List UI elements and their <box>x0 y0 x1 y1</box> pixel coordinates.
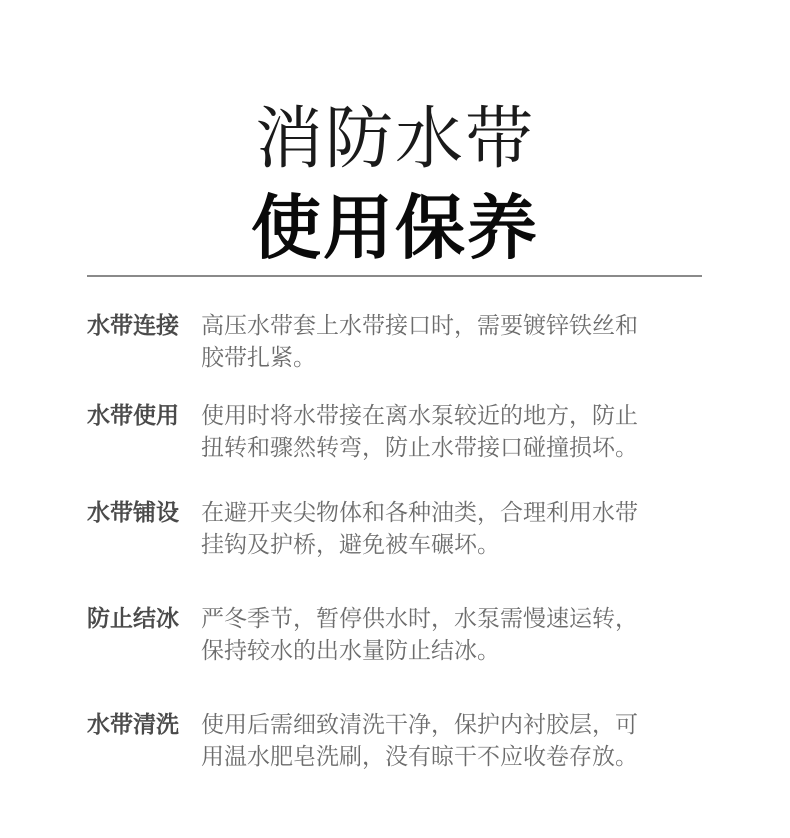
section-text-line: 高压水带套上水带接口时，需要镀锌铁丝和 <box>201 310 727 342</box>
page-subtitle: 使用保养 <box>0 188 790 268</box>
section-text: 高压水带套上水带接口时，需要镀锌铁丝和 胶带扎紧。 <box>201 310 727 374</box>
title-divider <box>87 275 702 277</box>
section-label: 防止结冰 <box>87 603 201 635</box>
section-hose-laying: 水带铺设 在避开夹尖物体和各种油类，合理利用水带 挂钩及护桥，避免被车碾坏。 <box>87 497 727 561</box>
section-text-line: 胶带扎紧。 <box>201 342 727 374</box>
section-label: 水带清洗 <box>87 709 201 741</box>
section-text-line: 严冬季节，暂停供水时，水泵需慢速运转， <box>201 603 727 635</box>
section-text-line: 用温水肥皂洗刷，没有晾干不应收卷存放。 <box>201 741 727 773</box>
section-label: 水带连接 <box>87 310 201 342</box>
section-hose-cleaning: 水带清洗 使用后需细致清洗干净，保护内衬胶层，可 用温水肥皂洗刷，没有晾干不应收… <box>87 709 727 773</box>
section-text: 在避开夹尖物体和各种油类，合理利用水带 挂钩及护桥，避免被车碾坏。 <box>201 497 727 561</box>
section-text-line: 保持较水的出水量防止结冰。 <box>201 635 727 667</box>
section-anti-freezing: 防止结冰 严冬季节，暂停供水时，水泵需慢速运转， 保持较水的出水量防止结冰。 <box>87 603 727 667</box>
section-text-line: 在避开夹尖物体和各种油类，合理利用水带 <box>201 497 727 529</box>
section-hose-connection: 水带连接 高压水带套上水带接口时，需要镀锌铁丝和 胶带扎紧。 <box>87 310 727 374</box>
section-text: 严冬季节，暂停供水时，水泵需慢速运转， 保持较水的出水量防止结冰。 <box>201 603 727 667</box>
section-text-line: 扭转和骤然转弯，防止水带接口碰撞损坏。 <box>201 432 727 464</box>
section-hose-usage: 水带使用 使用时将水带接在离水泵较近的地方，防止 扭转和骤然转弯，防止水带接口碰… <box>87 400 727 464</box>
section-text-line: 使用时将水带接在离水泵较近的地方，防止 <box>201 400 727 432</box>
section-text-line: 使用后需细致清洗干净，保护内衬胶层，可 <box>201 709 727 741</box>
section-label: 水带铺设 <box>87 497 201 529</box>
section-text: 使用时将水带接在离水泵较近的地方，防止 扭转和骤然转弯，防止水带接口碰撞损坏。 <box>201 400 727 464</box>
section-text: 使用后需细致清洗干净，保护内衬胶层，可 用温水肥皂洗刷，没有晾干不应收卷存放。 <box>201 709 727 773</box>
page-title: 消防水带 <box>0 100 790 180</box>
section-label: 水带使用 <box>87 400 201 432</box>
section-text-line: 挂钩及护桥，避免被车碾坏。 <box>201 529 727 561</box>
